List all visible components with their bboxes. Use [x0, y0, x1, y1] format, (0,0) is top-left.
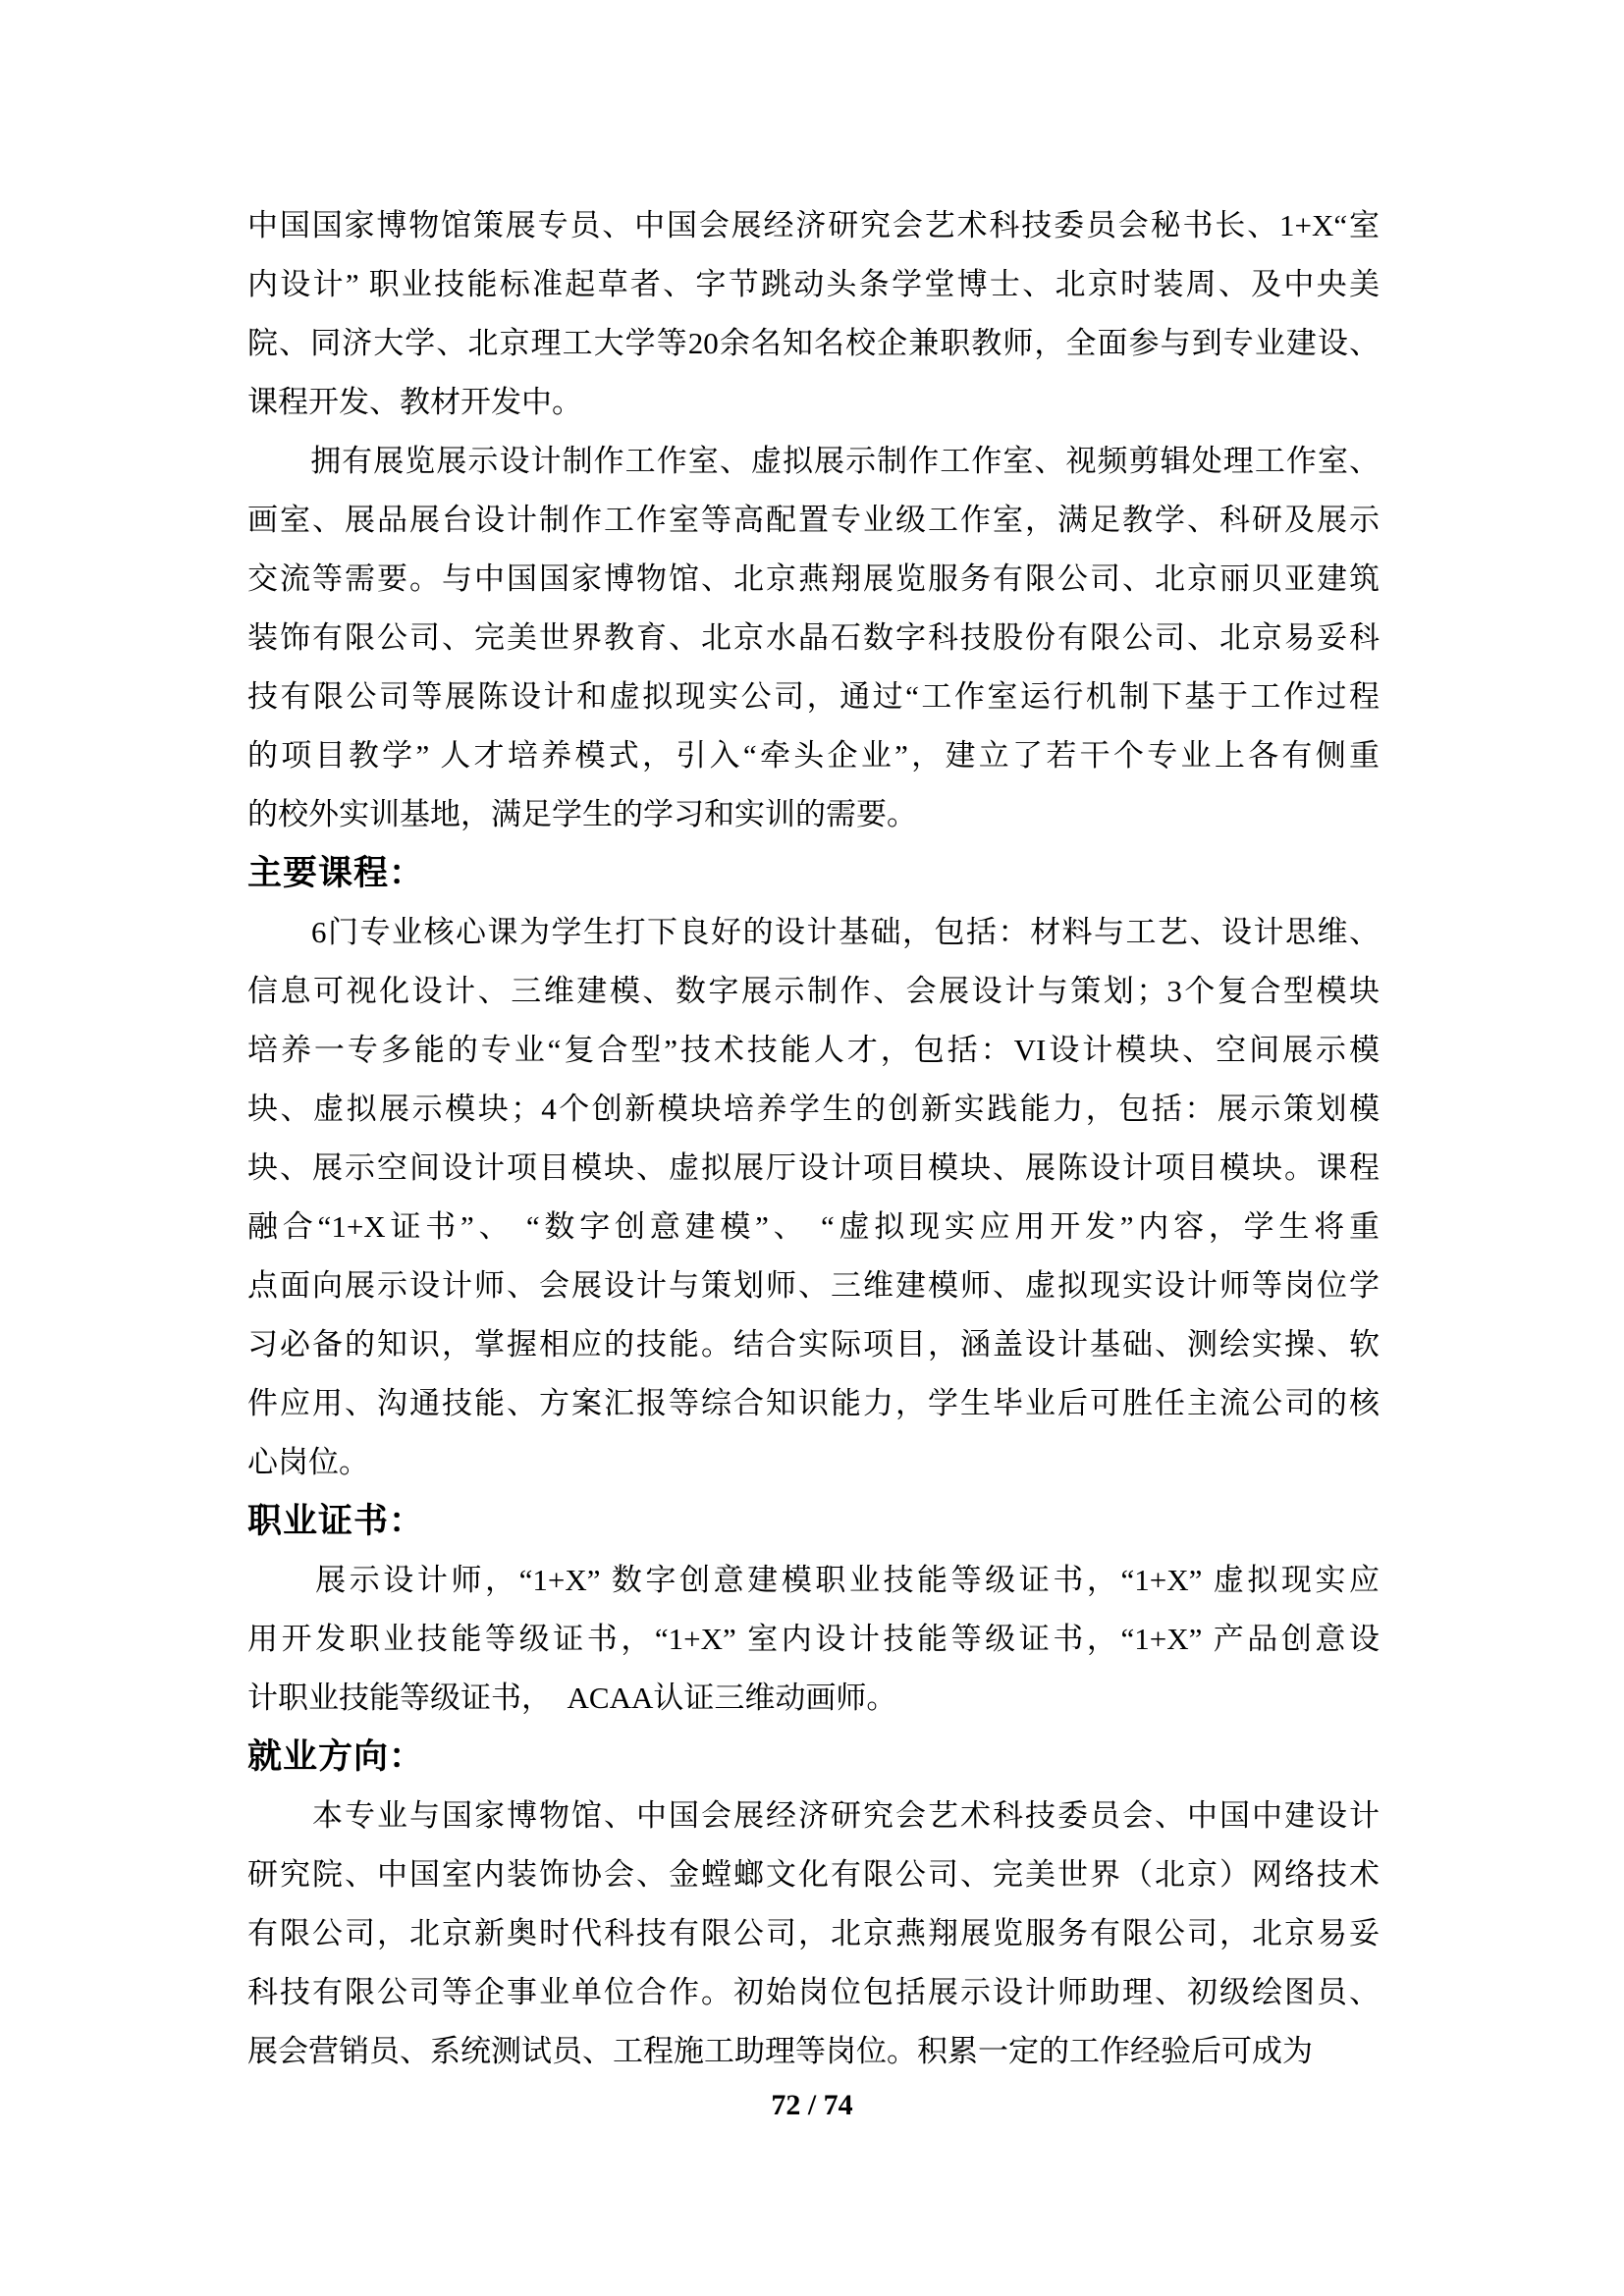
text-line: 研究院、中国室内装饰协会、金螳螂文化有限公司、完美世界（北京）网络技术 [247, 1845, 1380, 1904]
text-line: 的校外实训基地，满足学生的学习和实训的需要。 [247, 785, 1380, 844]
text-line: 6门专业核心课为学生打下良好的设计基础，包括：材料与工艺、设计思维、 [247, 903, 1380, 962]
paragraph: 本专业与国家博物馆、中国会展经济研究会艺术科技委员会、中国中建设计研究院、中国室… [247, 1787, 1380, 2081]
text-line: 交流等需要。与中国国家博物馆、北京燕翔展览服务有限公司、北京丽贝亚建筑 [247, 550, 1380, 609]
section-heading-text: 就业方向： [247, 1728, 1380, 1787]
text-line: 有限公司，北京新奥时代科技有限公司，北京燕翔展览服务有限公司，北京易妥 [247, 1904, 1380, 1963]
document-page: 中国国家博物馆策展专员、中国会展经济研究会艺术科技委员会秘书长、1+X“室内设计… [0, 0, 1624, 2296]
text-line: 内设计” 职业技能标准起草者、字节跳动头条学堂博士、北京时装周、及中央美 [247, 255, 1380, 314]
text-line: 信息可视化设计、三维建模、数字展示制作、会展设计与策划；3个复合型模块 [247, 962, 1380, 1021]
text-line: 课程开发、教材开发中。 [247, 373, 1380, 432]
paragraph: 中国国家博物馆策展专员、中国会展经济研究会艺术科技委员会秘书长、1+X“室内设计… [247, 196, 1380, 432]
text-line: 心岗位。 [247, 1433, 1380, 1492]
text-line: 展示设计师，“1+X” 数字创意建模职业技能等级证书，“1+X” 虚拟现实应 [247, 1551, 1380, 1610]
section-heading: 就业方向： [247, 1728, 1380, 1787]
section-heading: 主要课程： [247, 844, 1380, 903]
section-heading: 职业证书： [247, 1492, 1380, 1551]
text-line: 块、虚拟展示模块；4个创新模块培养学生的创新实践能力，包括：展示策划模 [247, 1080, 1380, 1139]
text-line: 展会营销员、系统测试员、工程施工助理等岗位。积累一定的工作经验后可成为 [247, 2022, 1380, 2081]
section-heading-text: 职业证书： [247, 1492, 1380, 1551]
section-heading-text: 主要课程： [247, 844, 1380, 903]
text-line: 拥有展览展示设计制作工作室、虚拟展示制作工作室、视频剪辑处理工作室、 [247, 432, 1380, 491]
text-line: 科技有限公司等企事业单位合作。初始岗位包括展示设计师助理、初级绘图员、 [247, 1963, 1380, 2022]
page-indicator: 72 / 74 [771, 2089, 852, 2121]
text-line: 本专业与国家博物馆、中国会展经济研究会艺术科技委员会、中国中建设计 [247, 1787, 1380, 1845]
text-line: 装饰有限公司、完美世界教育、北京水晶石数字科技股份有限公司、北京易妥科 [247, 609, 1380, 667]
paragraph: 展示设计师，“1+X” 数字创意建模职业技能等级证书，“1+X” 虚拟现实应用开… [247, 1551, 1380, 1728]
text-line: 画室、展品展台设计制作工作室等高配置专业级工作室，满足教学、科研及展示 [247, 491, 1380, 550]
text-line: 习必备的知识，掌握相应的技能。结合实际项目，涵盖设计基础、测绘实操、软 [247, 1315, 1380, 1374]
text-line: 中国国家博物馆策展专员、中国会展经济研究会艺术科技委员会秘书长、1+X“室 [247, 196, 1380, 255]
paragraph: 拥有展览展示设计制作工作室、虚拟展示制作工作室、视频剪辑处理工作室、画室、展品展… [247, 432, 1380, 844]
text-line: 块、展示空间设计项目模块、虚拟展厅设计项目模块、展陈设计项目模块。课程 [247, 1139, 1380, 1198]
text-line: 的项目教学” 人才培养模式，引入“牵头企业”，建立了若干个专业上各有侧重 [247, 726, 1380, 785]
text-line: 技有限公司等展陈设计和虚拟现实公司，通过“工作室运行机制下基于工作过程 [247, 667, 1380, 726]
text-line: 件应用、沟通技能、方案汇报等综合知识能力，学生毕业后可胜任主流公司的核 [247, 1374, 1380, 1433]
paragraph: 6门专业核心课为学生打下良好的设计基础，包括：材料与工艺、设计思维、信息可视化设… [247, 903, 1380, 1492]
text-line: 计职业技能等级证书， ACAA认证三维动画师。 [247, 1669, 1380, 1728]
text-line: 点面向展示设计师、会展设计与策划师、三维建模师、虚拟现实设计师等岗位学 [247, 1256, 1380, 1315]
text-line: 院、同济大学、北京理工大学等20余名知名校企兼职教师，全面参与到专业建设、 [247, 314, 1380, 373]
page-footer: 72 / 74 [0, 2089, 1624, 2122]
text-line: 融合“1+X证书”、 “数字创意建模”、 “虚拟现实应用开发”内容，学生将重 [247, 1198, 1380, 1256]
document-body: 中国国家博物馆策展专员、中国会展经济研究会艺术科技委员会秘书长、1+X“室内设计… [247, 196, 1380, 2081]
text-line: 用开发职业技能等级证书，“1+X” 室内设计技能等级证书，“1+X” 产品创意设 [247, 1610, 1380, 1669]
text-line: 培养一专多能的专业“复合型”技术技能人才，包括：VI设计模块、空间展示模 [247, 1021, 1380, 1080]
